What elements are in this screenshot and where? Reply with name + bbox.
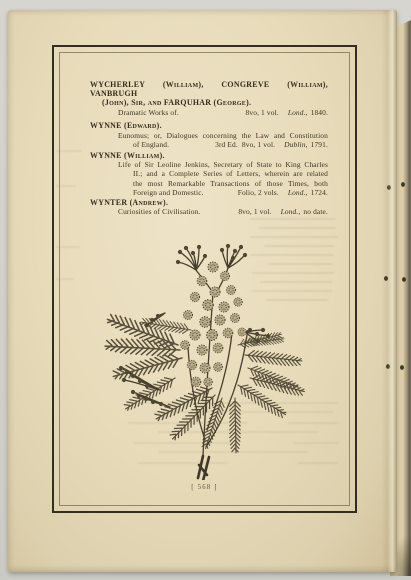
work-title: Dramatic Works of. xyxy=(118,108,179,117)
author-heading: WYNNE (Edward). xyxy=(90,121,328,130)
author-heading: WYNNE (William). xyxy=(90,151,328,160)
format-size: 3rd Ed. 8vo, 1 vol. xyxy=(215,140,275,149)
imprint-date: no date. xyxy=(303,207,328,216)
catalogue-entry: WYNTER (Andrew). Curiosities of Civilisa… xyxy=(90,198,328,216)
ghost-text-line xyxy=(56,246,80,248)
title-line: Curiosities of Civilisation. 8vo, 1 vol.… xyxy=(118,207,328,216)
work-title: Eunomus; or, Dialogues concerning the La… xyxy=(118,131,328,140)
catalogue-entry: WYNNE (William). Life of Sir Leoline Jen… xyxy=(90,151,328,197)
title-line: of England. 3rd Ed. 8vo, 1 vol. Dublin, … xyxy=(133,140,328,149)
page-number: [ 568 ] xyxy=(52,484,357,491)
catalogue-entries: WYCHERLEY (William), CONGREVE (William),… xyxy=(90,80,328,218)
catalogue-entry: WYNNE (Edward). Eunomus; or, Dialogues c… xyxy=(90,121,328,149)
work-title-continued: of England. xyxy=(133,140,169,149)
catalogue-page: WYCHERLEY (William), CONGREVE (William),… xyxy=(8,10,397,572)
ghost-text-line xyxy=(258,227,336,229)
work-title-continued: Foreign and Domestic. xyxy=(133,188,204,197)
ghost-text-line xyxy=(56,185,76,187)
imprint-place: Lond., xyxy=(281,207,301,216)
work-title-continued: II.; and a Complete Series of Letters, w… xyxy=(133,169,328,178)
format-size: 8vo, 1 vol. xyxy=(246,108,279,117)
wattle-illustration xyxy=(95,235,335,480)
work-title-continued: the most Remarkable Transactions of thos… xyxy=(133,179,328,188)
imprint-place: Dublin, xyxy=(284,140,307,149)
imprint-date: 1791. xyxy=(311,140,328,149)
work-title: Life of Sir Leoline Jenkins, Secretary o… xyxy=(118,160,328,169)
title-line: Foreign and Domestic. Folio, 2 vols. Lon… xyxy=(133,188,328,197)
author-heading: WYNTER (Andrew). xyxy=(90,198,328,207)
author-heading: WYCHERLEY (William), CONGREVE (William),… xyxy=(90,80,328,98)
catalogue-entry: WYCHERLEY (William), CONGREVE (William),… xyxy=(90,80,328,117)
imprint-place: Lond., xyxy=(288,188,308,197)
ghost-text-line xyxy=(56,150,82,152)
imprint-date: 1840. xyxy=(311,108,328,117)
stitch-hole xyxy=(401,182,405,187)
page-fore-edge xyxy=(381,10,397,572)
title-line: Dramatic Works of. 8vo, 1 vol. Lond., 18… xyxy=(118,108,328,117)
work-title: Curiosities of Civilisation. xyxy=(118,207,200,216)
stitch-hole xyxy=(402,277,406,282)
format-size: Folio, 2 vols. xyxy=(238,188,279,197)
ghost-text-line xyxy=(56,278,74,280)
imprint-date: 1724. xyxy=(311,188,328,197)
format-size: 8vo, 1 vol. xyxy=(238,207,271,216)
imprint-place: Lond., xyxy=(288,108,308,117)
stitch-hole xyxy=(400,365,404,370)
author-heading-continued: (John), Sir, and FARQUHAR (George). xyxy=(102,98,328,107)
